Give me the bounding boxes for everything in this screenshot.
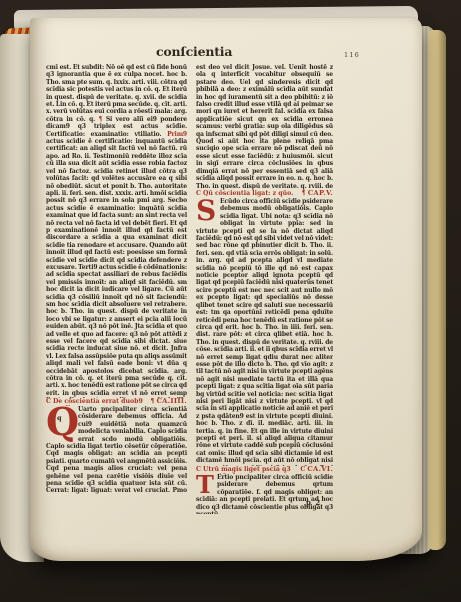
lombard-initial: Qq <box>46 406 76 438</box>
text-column-right: est deo vel dicit Josue. vel. Uenīt host… <box>196 64 333 514</box>
body-text-paragraph: cmī est. Et subdit: Nō oē qd est cū fide… <box>46 64 187 398</box>
text-column-left: cmī est. Et subdit: Nō oē qd est cū fide… <box>46 64 187 494</box>
quire-signature: p 2 <box>306 498 321 507</box>
lombard-initial: S <box>196 198 218 223</box>
drop-cap-t: T <box>196 474 215 495</box>
drop-cap-s: S <box>196 198 218 223</box>
body-text: Ecūdo circa officiū scīdie psiderare deb… <box>196 198 333 466</box>
rubric-text: De cōscientia errat duob9 modis. <box>53 398 147 406</box>
paraph-mark-icon: C <box>46 398 51 405</box>
pilcrow-icon: ¶ <box>302 190 306 197</box>
chapter-number: CA.IIII. <box>156 398 187 405</box>
paraph-mark-icon: C <box>196 466 201 473</box>
paraph-mark-icon: C <box>196 190 201 197</box>
body-text-paragraph: QqUarto pncipaliter circa scīentiā cōsid… <box>46 406 187 494</box>
chapter-number: CAP.V. <box>308 190 333 197</box>
pilcrow-icon: ¶ <box>151 398 155 405</box>
running-header: conſcientia <box>156 44 266 59</box>
rubric-line: C De cōscientia errat duob9 modis. ¶ CA.… <box>46 398 187 406</box>
rubric-line: C Qū cōscientia ligat: z qūo. ¶ CAP.V. <box>196 190 333 198</box>
rubric-line: C Utrū magis liget pscīa q3 pceptū plan.… <box>196 466 333 474</box>
guide-letter: q <box>57 415 61 422</box>
back-cover-edge <box>428 30 446 550</box>
book-page: conſcientia 116 cmī est. Et subdit: Nō o… <box>30 18 422 561</box>
pilcrow-icon: C <box>300 466 305 473</box>
folio-number: 116 <box>344 51 360 59</box>
body-text-paragraph: SEcūdo circa officiū scīdie psiderare de… <box>196 198 333 466</box>
body-text-paragraph: est deo vel dicit Josue. vel. Uenīt host… <box>196 64 333 190</box>
rubric-text: Qū cōscientia ligat: z qūo. <box>203 190 293 197</box>
photo-background: conſcientia 116 cmī est. Et subdit: Nō o… <box>0 0 461 602</box>
body-text-paragraph: TErtio pncipaliter circa officiū scīdie … <box>196 474 333 514</box>
chapter-number: CA.VI. <box>307 466 333 473</box>
rubric-text: Utrū magis liget pscīa q3 pceptū plan. <box>203 466 296 474</box>
lombard-initial: T <box>196 474 215 495</box>
body-text: Ertio pncipaliter circa officiū scīdie p… <box>196 474 333 514</box>
